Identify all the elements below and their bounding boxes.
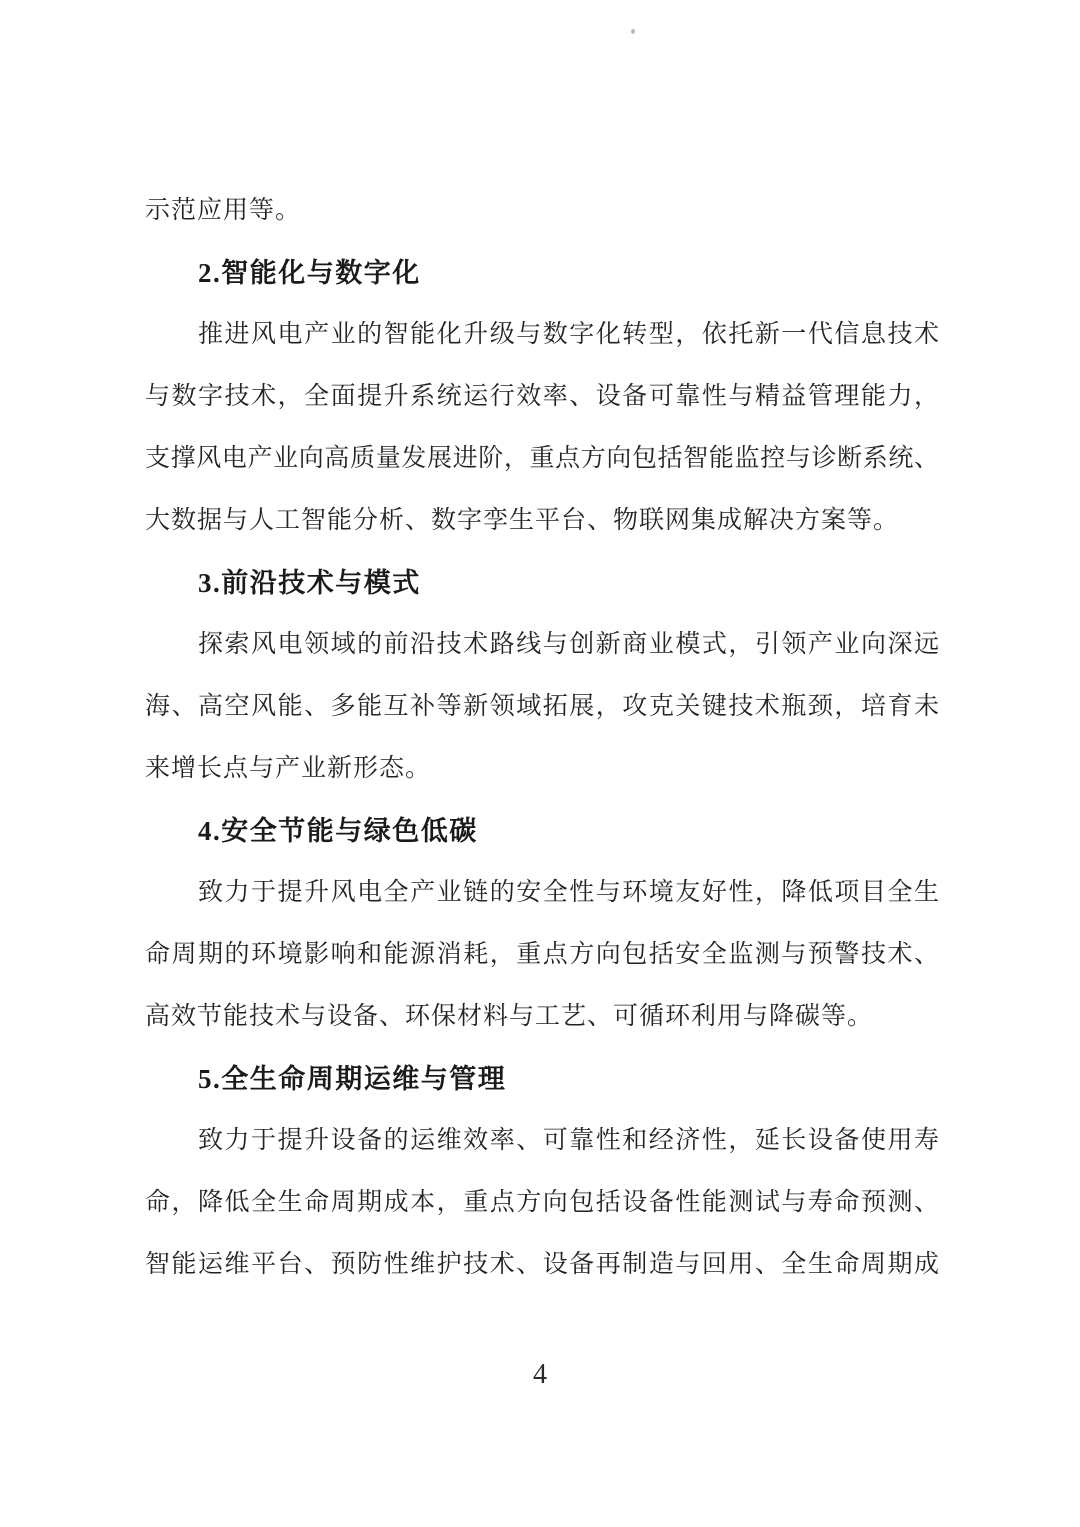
text-line: 示范应用等。: [145, 180, 939, 242]
section-heading: 4.安全节能与绿色低碳: [145, 800, 939, 862]
text-line: 探索风电领域的前沿技术路线与创新商业模式，引领产业向深远: [145, 614, 939, 676]
text-line: 命周期的环境影响和能源消耗，重点方向包括安全监测与预警技术、: [145, 924, 939, 986]
text-line: 命，降低全生命周期成本，重点方向包括设备性能测试与寿命预测、: [145, 1172, 939, 1234]
text-line: 来增长点与产业新形态。: [145, 738, 939, 800]
text-line: 海、高空风能、多能互补等新领域拓展，攻克关键技术瓶颈，培育未: [145, 676, 939, 738]
document-page: 示范应用等。2.智能化与数字化推进风电产业的智能化升级与数字化转型，依托新一代信…: [0, 0, 1080, 1527]
section-heading: 5.全生命周期运维与管理: [145, 1048, 939, 1110]
text-line: 致力于提升设备的运维效率、可靠性和经济性，延长设备使用寿: [145, 1110, 939, 1172]
section-heading: 2.智能化与数字化: [145, 242, 939, 304]
text-line: 支撑风电产业向高质量发展进阶，重点方向包括智能监控与诊断系统、: [145, 428, 939, 490]
text-line: 高效节能技术与设备、环保材料与工艺、可循环利用与降碳等。: [145, 986, 939, 1048]
text-line: 与数字技术，全面提升系统运行效率、设备可靠性与精益管理能力，: [145, 366, 939, 428]
text-line: 致力于提升风电全产业链的安全性与环境友好性，降低项目全生: [145, 862, 939, 924]
scan-speck: [631, 29, 635, 34]
text-line: 推进风电产业的智能化升级与数字化转型，依托新一代信息技术: [145, 304, 939, 366]
text-column: 示范应用等。2.智能化与数字化推进风电产业的智能化升级与数字化转型，依托新一代信…: [145, 180, 939, 1296]
text-line: 大数据与人工智能分析、数字孪生平台、物联网集成解决方案等。: [145, 490, 939, 552]
section-heading: 3.前沿技术与模式: [145, 552, 939, 614]
text-line: 智能运维平台、预防性维护技术、设备再制造与回用、全生命周期成: [145, 1234, 939, 1296]
page-number: 4: [0, 1358, 1080, 1392]
